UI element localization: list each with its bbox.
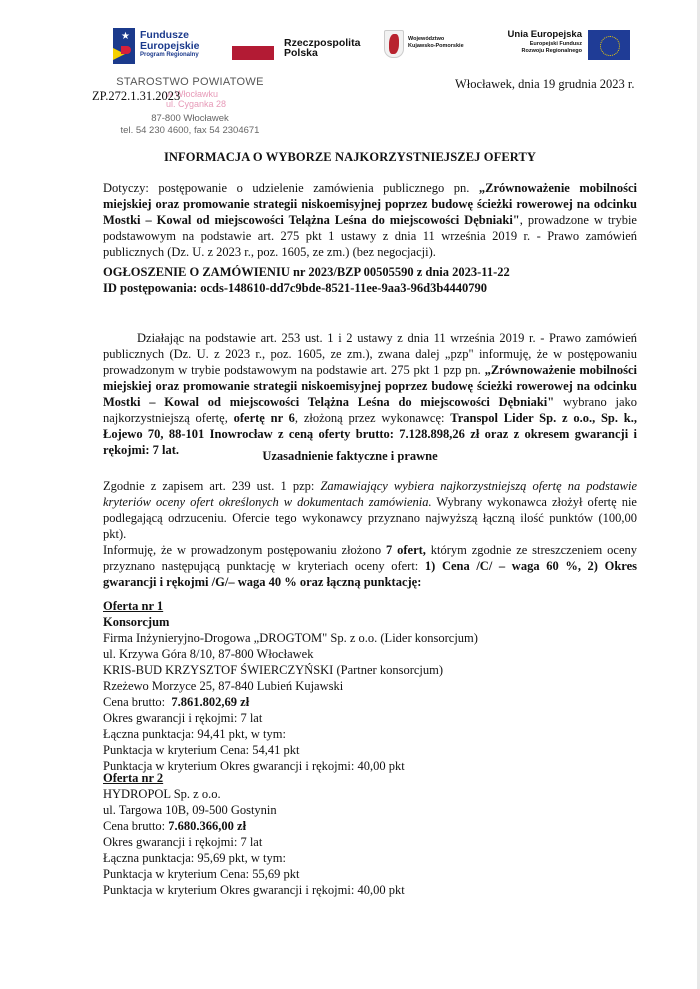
offer-warranty: Okres gwarancji i rękojmi: 7 lat — [103, 834, 623, 850]
justification-title: Uzasadnienie faktyczne i prawne — [0, 449, 700, 464]
justification-paragraph: Zgodnie z zapisem art. 239 ust. 1 pzp: Z… — [103, 478, 637, 590]
offer-price-score: Punktacja w kryterium Cena: 55,69 pkt — [103, 866, 623, 882]
offer-price-score: Punktacja w kryterium Cena: 54,41 pkt — [103, 742, 623, 758]
coat-of-arms-icon — [384, 30, 404, 58]
decision-text-3: , złożoną przez wykonawcę: — [295, 411, 450, 425]
procedure-id: ID postępowania: ocds-148610-dd7c9bde-85… — [103, 280, 637, 296]
polish-flag-icon — [232, 46, 274, 60]
rzeczpospolita-logo: Rzeczpospolita Polska — [232, 26, 352, 68]
justification-text-1: Zgodnie z zapisem art. 239 ust. 1 pzp: — [103, 479, 320, 493]
stamp-line3: 87-800 Włocławek — [90, 113, 290, 125]
ue-line1: Unia Europejska — [500, 29, 582, 41]
unia-europejska-logo: Unia Europejska Europejski Fundusz Rozwo… — [500, 26, 630, 68]
offer-line: ul. Targowa 10B, 09-500 Gostynin — [103, 802, 623, 818]
office-stamp: STAROSTWO POWIATOWE w Włocławku ul. Cyga… — [90, 76, 290, 137]
announcement-block: OGŁOSZENIE O ZAMÓWIENIU nr 2023/BZP 0050… — [103, 264, 637, 296]
offer-price-row: Cena brutto: 7.861.802,69 zł — [103, 694, 623, 710]
offer-warranty: Okres gwarancji i rękojmi: 7 lat — [103, 710, 623, 726]
price-label: Cena brutto: — [103, 819, 168, 833]
offer-heading: Oferta nr 1 — [103, 598, 623, 614]
stamp-line1: STAROSTWO POWIATOWE — [90, 76, 290, 89]
eu-flag-icon — [588, 30, 630, 60]
offer-warranty-score: Punktacja w kryterium Okres gwarancji i … — [103, 882, 623, 898]
wojewodztwo-logo: Województwo Kujawsko-Pomorskie — [382, 26, 492, 68]
offer-price: 7.680.366,00 zł — [168, 819, 246, 833]
announcement-number: OGŁOSZENIE O ZAMÓWIENIU nr 2023/BZP 0050… — [103, 264, 637, 280]
wkp-line1: Województwo — [408, 36, 464, 43]
ue-line2: Europejski Fundusz — [500, 41, 582, 48]
subject-prefix: Dotyczy: postępowanie o udzielenie zamów… — [103, 181, 479, 195]
fe-star-icon: ★ — [113, 28, 135, 64]
reference-number: ZP.272.1.31.2023 — [92, 89, 180, 104]
offer-line: Rzeżewo Morzyce 25, 87-840 Lubień Kujaws… — [103, 678, 623, 694]
offer-line: ul. Krzywa Góra 8/10, 87-800 Włocławek — [103, 646, 623, 662]
offer-total-score: Łączna punktacja: 95,69 pkt, w tym: — [103, 850, 623, 866]
document-title: INFORMACJA O WYBORZE NAJKORZYSTNIEJSZEJ … — [0, 150, 700, 165]
wkp-line2: Kujawsko-Pomorskie — [408, 43, 464, 50]
offer-heading: Oferta nr 2 — [103, 770, 623, 786]
offer-price-row: Cena brutto: 7.680.366,00 zł — [103, 818, 623, 834]
document-date: Włocławek, dnia 19 grudnia 2023 r. — [455, 77, 634, 92]
decision-paragraph: Działając na podstawie art. 253 ust. 1 i… — [103, 330, 637, 458]
winning-offer-number: ofertę nr 6 — [234, 411, 295, 425]
ue-line3: Rozwoju Regionalnego — [500, 48, 582, 55]
document-page: ★ Fundusze Europejskie Program Regionaln… — [0, 0, 700, 989]
offer-line: Firma Inżynieryjno-Drogowa „DROGTOM" Sp.… — [103, 630, 623, 646]
fe-line1: Fundusze — [140, 30, 200, 41]
justification-text-3: Informuję, że w prowadzonym postępowaniu… — [103, 543, 386, 557]
offer-count: 7 ofert, — [386, 543, 426, 557]
price-label: Cena brutto: — [103, 695, 171, 709]
offer-price: 7.861.802,69 zł — [171, 695, 249, 709]
offer-2: Oferta nr 2 HYDROPOL Sp. z o.o. ul. Targ… — [103, 770, 623, 898]
stamp-line4: tel. 54 230 4600, fax 54 2304671 — [90, 125, 290, 137]
fe-line3: Program Regionalny — [140, 51, 200, 60]
fundusze-europejskie-logo: ★ Fundusze Europejskie Program Regionaln… — [110, 26, 230, 68]
subject-paragraph: Dotyczy: postępowanie o udzielenie zamów… — [103, 180, 637, 260]
fe-line2: Europejskie — [140, 41, 200, 52]
logo-bar: ★ Fundusze Europejskie Program Regionaln… — [110, 26, 630, 70]
rp-line2: Polska — [284, 48, 360, 58]
offer-line: HYDROPOL Sp. z o.o. — [103, 786, 623, 802]
offer-1: Oferta nr 1 Konsorcjum Firma Inżynieryjn… — [103, 598, 623, 774]
offer-total-score: Łączna punktacja: 94,41 pkt, w tym: — [103, 726, 623, 742]
offer-subheading: Konsorcjum — [103, 614, 623, 630]
offer-line: KRIS-BUD KRZYSZTOF ŚWIERCZYŃSKI (Partner… — [103, 662, 623, 678]
